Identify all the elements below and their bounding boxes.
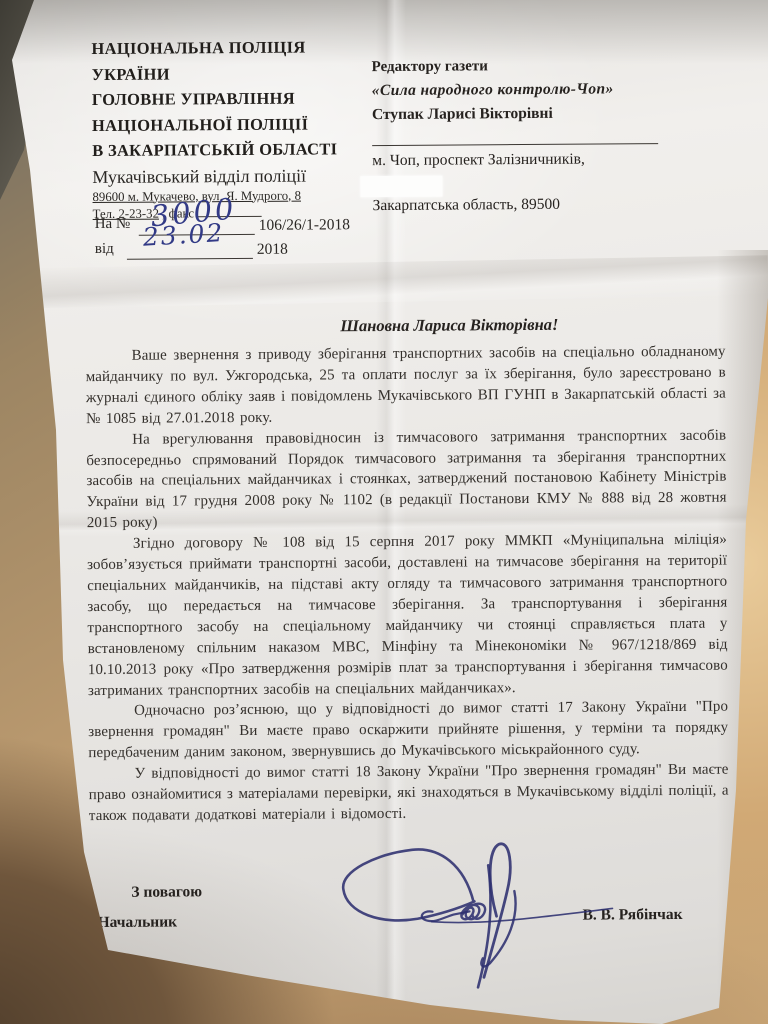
photo-background: НАЦІОНАЛЬНА ПОЛІЦІЯ УКРАЇНИ ГОЛОВНЕ УПРА…: [0, 0, 768, 1024]
signer-position: Начальник: [98, 913, 178, 932]
signoff-block: З повагою Начальник В. В. Рябінчак: [0, 0, 768, 1024]
letter-paper: НАЦІОНАЛЬНА ПОЛІЦІЯ УКРАЇНИ ГОЛОВНЕ УПРА…: [0, 0, 768, 1024]
handwritten-signature-icon: [336, 836, 617, 996]
regards-text: З повагою: [131, 883, 202, 901]
letter-content: НАЦІОНАЛЬНА ПОЛІЦІЯ УКРАЇНИ ГОЛОВНЕ УПРА…: [0, 0, 768, 1024]
